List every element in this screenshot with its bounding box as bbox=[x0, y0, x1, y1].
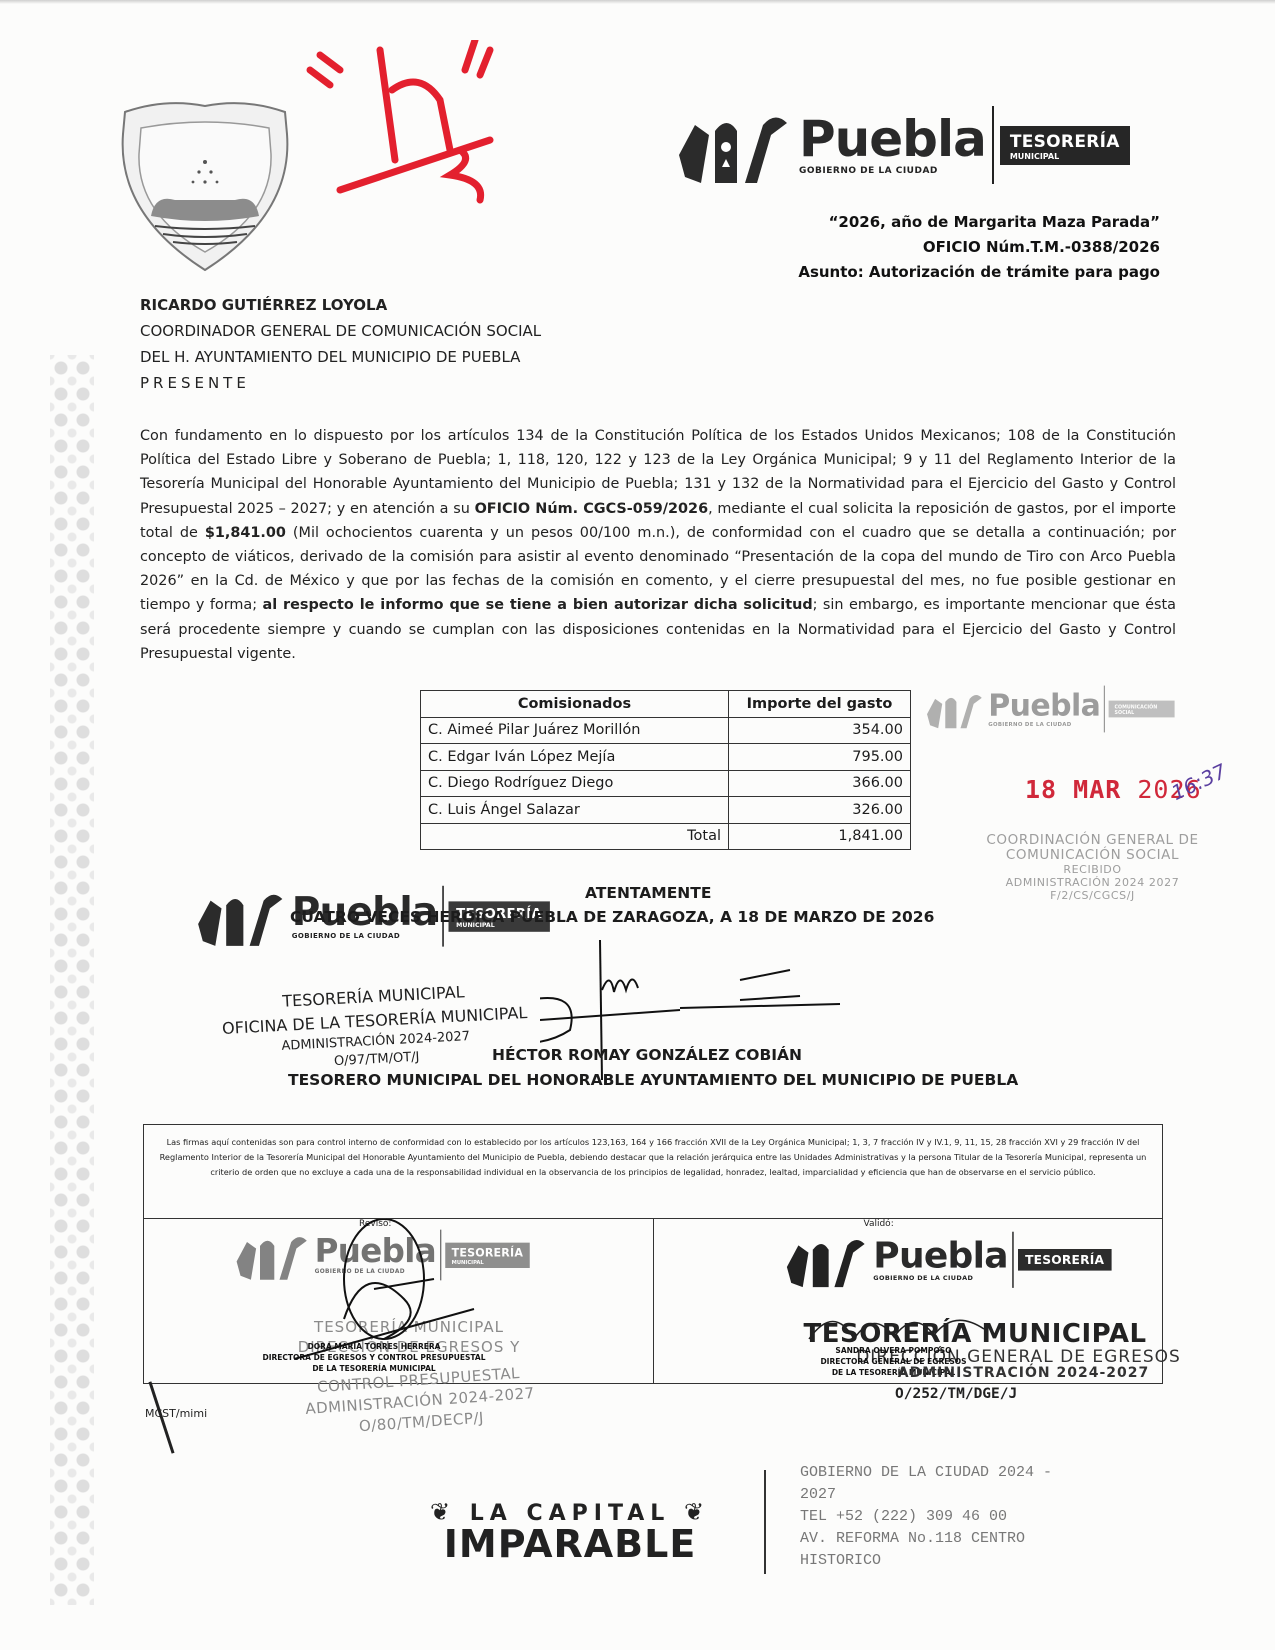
oficio-number: OFICIO Núm.T.M.-0388/2026 bbox=[798, 235, 1160, 260]
footer-divider bbox=[764, 1470, 766, 1574]
place-and-date: CUATRO VECES HEROICA PUEBLA DE ZARAGOZA,… bbox=[290, 908, 934, 926]
stamp-office-line: F/2/CS/CGCS/J bbox=[975, 889, 1210, 902]
document-header-info: “2026, año de Margarita Maza Parada” OFI… bbox=[798, 210, 1160, 285]
comisionado-name: C. Luis Ángel Salazar bbox=[421, 797, 729, 824]
received-stamp-logo: Puebla GOBIERNO DE LA CIUDAD COMUNICACIÓ… bbox=[925, 685, 1175, 733]
total-label: Total bbox=[421, 823, 729, 850]
logo-divider bbox=[1012, 1232, 1013, 1288]
logo-divider bbox=[992, 106, 994, 184]
stamp-wordmark: Puebla bbox=[988, 690, 1100, 720]
signer-title: TESORERO MUNICIPAL DEL HONORABLE AYUNTAM… bbox=[288, 1071, 1018, 1089]
col-header-importe: Importe del gasto bbox=[729, 691, 911, 718]
table-row: C. Edgar Iván López Mejía795.00 bbox=[421, 744, 911, 771]
subject: Asunto: Autorización de trámite para pag… bbox=[798, 260, 1160, 285]
table-row: C. Aimeé Pilar Juárez Morillón354.00 bbox=[421, 717, 911, 744]
reviewer-title: DIRECTORA DE EGRESOS Y CONTROL PRESUPUES… bbox=[224, 1352, 524, 1363]
expense-amount: 326.00 bbox=[729, 797, 911, 824]
reviewed-by-section: Revisó: PueblaGOBIERNO DE LA CIUDAD TESO… bbox=[144, 1219, 653, 1383]
expense-amount: 354.00 bbox=[729, 717, 911, 744]
presente: PRESENTE bbox=[140, 370, 541, 396]
legal-disclaimer: Las firmas aquí contenidas son para cont… bbox=[144, 1125, 1162, 1219]
stamp-dept-badge: TESORERÍA bbox=[1017, 1249, 1111, 1271]
year-motto: “2026, año de Margarita Maza Parada” bbox=[798, 210, 1160, 235]
total-value: 1,841.00 bbox=[729, 823, 911, 850]
recipient-title-1: COORDINADOR GENERAL DE COMUNICACIÓN SOCI… bbox=[140, 318, 541, 344]
dept-sub: MUNICIPAL bbox=[1010, 152, 1120, 161]
comisionado-name: C. Aimeé Pilar Juárez Morillón bbox=[421, 717, 729, 744]
stamp-office-line: ADMINISTRACIÓN 2024 2027 bbox=[975, 876, 1210, 889]
puebla-emblem-icon bbox=[195, 885, 289, 947]
dept-badge: TESORERÍA MUNICIPAL bbox=[1000, 126, 1130, 165]
stamp-dept: TESORERÍA bbox=[1025, 1253, 1104, 1267]
contact-line: 2027 bbox=[800, 1484, 1052, 1506]
stamp-dept: COMUNICACIÓN SOCIAL bbox=[1115, 704, 1169, 715]
expense-amount: 795.00 bbox=[729, 744, 911, 771]
expense-amount: 366.00 bbox=[729, 770, 911, 797]
contact-address: HISTORICO bbox=[800, 1550, 1052, 1572]
comisionado-name: C. Diego Rodríguez Diego bbox=[421, 770, 729, 797]
expenses-table: Comisionados Importe del gasto C. Aimeé … bbox=[420, 690, 911, 850]
internal-control-box: Las firmas aquí contenidas son para cont… bbox=[143, 1124, 1163, 1384]
puebla-emblem-icon bbox=[784, 1231, 870, 1289]
puebla-emblem-icon bbox=[675, 105, 795, 185]
signature-icon bbox=[540, 930, 880, 1090]
decorative-border bbox=[50, 355, 94, 1605]
reviewer-name: DORA MARÍA TORRES HERRERA bbox=[224, 1341, 524, 1352]
contact-line: GOBIERNO DE LA CIUDAD 2024 - bbox=[800, 1462, 1052, 1484]
col-header-comisionados: Comisionados bbox=[421, 691, 729, 718]
body-paragraph: Con fundamento en lo dispuesto por los a… bbox=[140, 424, 1176, 666]
recipient-title-2: DEL H. AYUNTAMIENTO DEL MUNICIPIO DE PUE… bbox=[140, 344, 541, 370]
stamp-subtitle: GOBIERNO DE LA CIUDAD bbox=[988, 722, 1100, 728]
total-amount: $1,841.00 bbox=[205, 525, 286, 541]
scan-edge bbox=[0, 0, 1275, 4]
signer-name: HÉCTOR ROMAY GONZÁLEZ COBIÁN bbox=[492, 1046, 802, 1064]
total-row: Total 1,841.00 bbox=[421, 823, 911, 850]
validated-stamp-reference: O/252/TM/DGE/J bbox=[895, 1386, 1017, 1402]
validated-stamp-logo: PueblaGOBIERNO DE LA CIUDAD TESORERÍA bbox=[784, 1231, 1111, 1289]
closing: ATENTAMENTE bbox=[585, 884, 711, 902]
logo-divider bbox=[1104, 686, 1105, 733]
oficio-reference: OFICIO Núm. CGCS-059/2026 bbox=[475, 501, 709, 517]
comisionado-name: C. Edgar Iván López Mejía bbox=[421, 744, 729, 771]
stamp-day-month: 18 MAR bbox=[1025, 775, 1121, 804]
table-row: C. Luis Ángel Salazar326.00 bbox=[421, 797, 911, 824]
slogan-logo: ❦ LA CAPITAL ❦ IMPARABLE bbox=[430, 1498, 710, 1562]
recipient-block: RICARDO GUTIÉRREZ LOYOLA COORDINADOR GEN… bbox=[140, 292, 541, 396]
received-office-stamp: COORDINACIÓN GENERAL DE COMUNICACIÓN SOC… bbox=[975, 833, 1210, 902]
stamp-wordmark: Puebla bbox=[873, 1237, 1008, 1273]
puebla-emblem-icon bbox=[925, 685, 986, 733]
validated-label: Validó: bbox=[864, 1219, 894, 1229]
municipal-seal-icon bbox=[115, 94, 295, 272]
validated-admin-stamp: ADMINISTRACIÓN 2024-2027 bbox=[894, 1365, 1154, 1381]
validated-by-section: Validó: PueblaGOBIERNO DE LA CIUDAD TESO… bbox=[653, 1219, 1163, 1383]
authorization-statement: al respecto le informo que se tiene a bi… bbox=[263, 597, 813, 613]
typist-initials: MCST/mimi bbox=[145, 1407, 207, 1420]
stamp-office-line: COMUNICACIÓN SOCIAL bbox=[975, 848, 1210, 863]
stamp-subtitle: GOBIERNO DE LA CIUDAD bbox=[292, 933, 438, 941]
table-row: C. Diego Rodríguez Diego366.00 bbox=[421, 770, 911, 797]
stamp-office-line: RECIBIDO bbox=[975, 863, 1210, 876]
logo-subtitle: GOBIERNO DE LA CIUDAD bbox=[799, 166, 986, 176]
puebla-tesoreria-logo: Puebla GOBIERNO DE LA CIUDAD TESORERÍA M… bbox=[675, 105, 1130, 185]
validator-name: SANDRA OLVERA POMPOSO bbox=[784, 1345, 1004, 1356]
contact-address: AV. REFORMA No.118 CENTRO bbox=[800, 1528, 1052, 1550]
handwritten-annotation-icon bbox=[300, 40, 500, 220]
contact-info: GOBIERNO DE LA CIUDAD 2024 - 2027 TEL +5… bbox=[800, 1462, 1052, 1572]
slogan-line-2: IMPARABLE bbox=[430, 1526, 710, 1562]
contact-phone: TEL +52 (222) 309 46 00 bbox=[800, 1506, 1052, 1528]
document-page: Puebla GOBIERNO DE LA CIUDAD TESORERÍA M… bbox=[0, 0, 1275, 1650]
dept-name: TESORERÍA bbox=[1010, 132, 1120, 152]
recipient-name: RICARDO GUTIÉRREZ LOYOLA bbox=[140, 292, 541, 318]
stamp-subtitle: GOBIERNO DE LA CIUDAD bbox=[873, 1275, 1008, 1282]
stamp-office-line: COORDINACIÓN GENERAL DE bbox=[975, 833, 1210, 848]
stamp-dept-badge: COMUNICACIÓN SOCIAL bbox=[1109, 701, 1175, 718]
logo-wordmark: Puebla bbox=[799, 114, 986, 164]
